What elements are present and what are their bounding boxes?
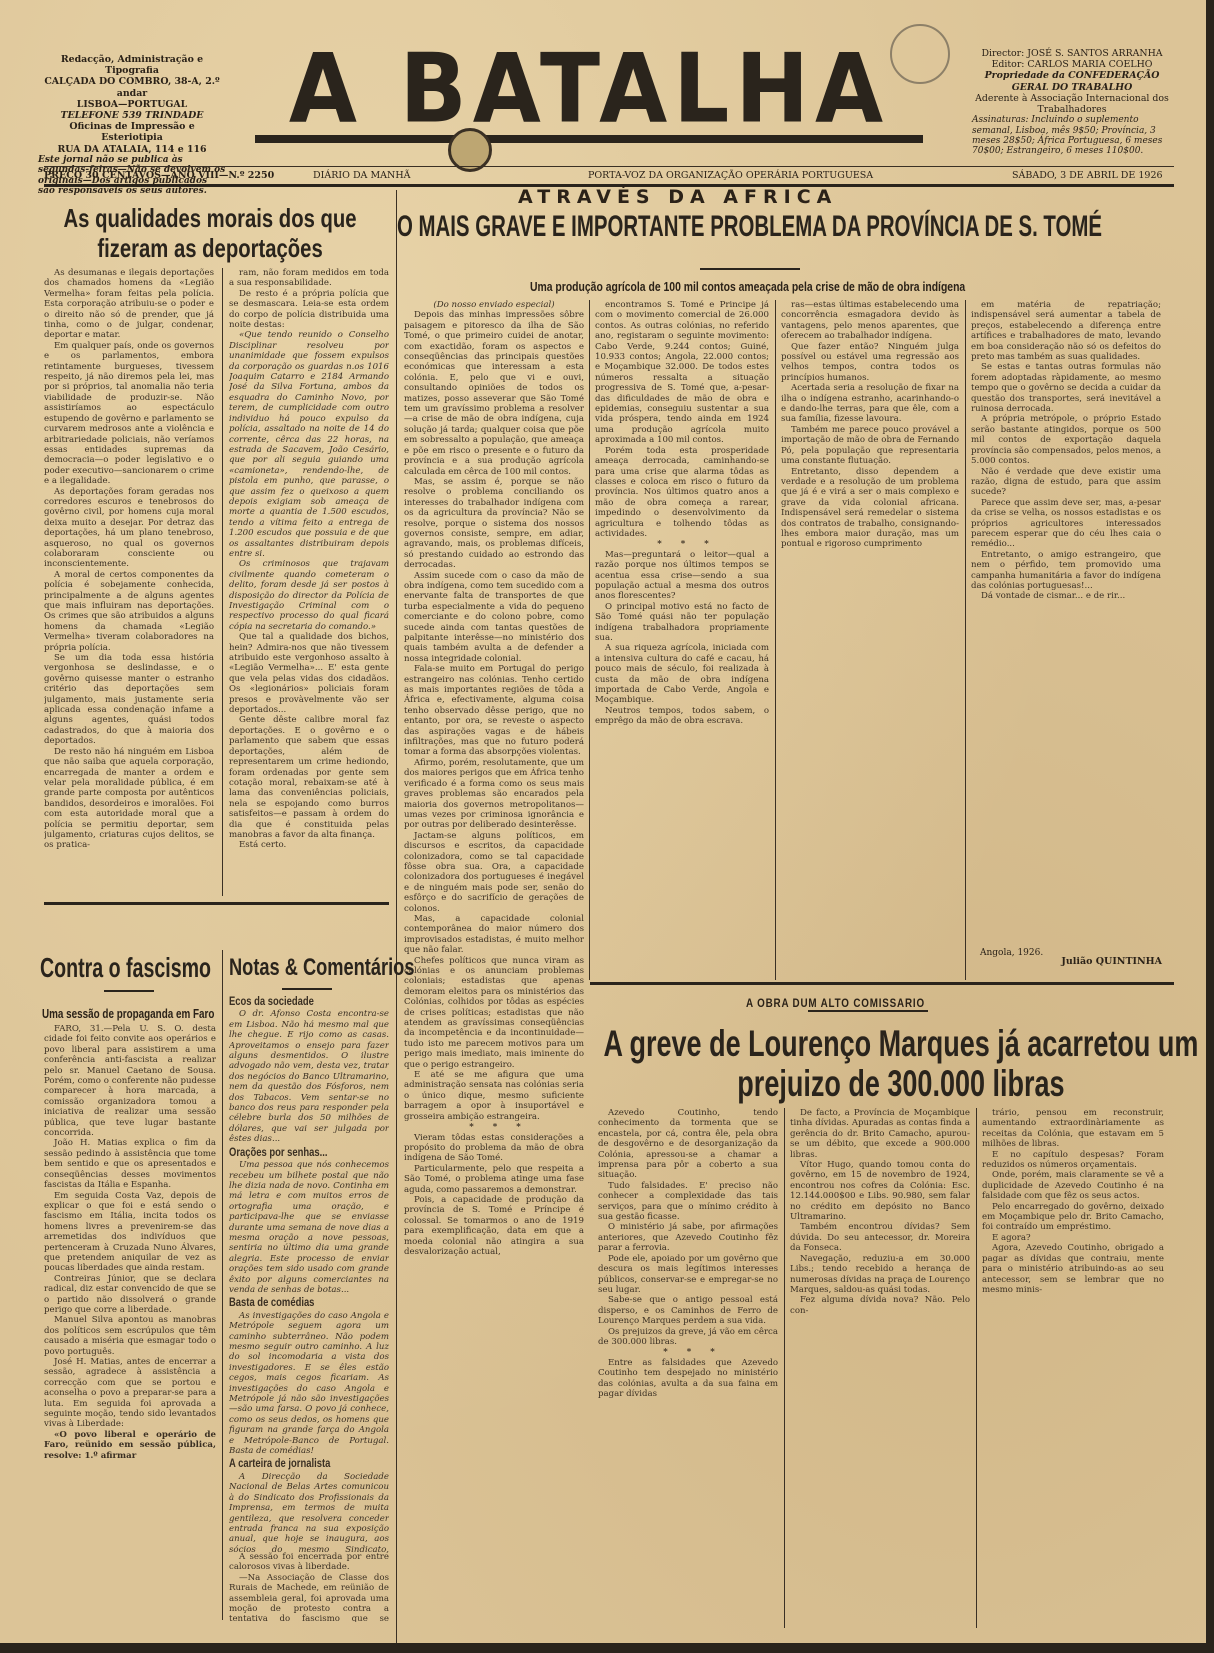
column-divider bbox=[589, 300, 590, 980]
article-sao-tome-col1: (Do nosso enviado especial) Depois das m… bbox=[404, 300, 584, 1640]
paragraph: O dr. Afonso Costa encontra-se em Lisboa… bbox=[229, 1009, 389, 1144]
masthead-rule bbox=[255, 135, 923, 143]
director-line: Director: JOSÉ S. SANTOS ARRANHA bbox=[972, 48, 1172, 59]
column-divider bbox=[976, 1108, 977, 1628]
paragraph: «O povo liberal e operário de Faro, reün… bbox=[44, 1430, 216, 1461]
paragraph: Navegação, reduziu-a em 30.000 Libs.; te… bbox=[790, 1254, 970, 1296]
paragraph: Se um dia toda essa história vergonhosa … bbox=[44, 653, 214, 747]
paragraph: As investigações do caso Angola e Metróp… bbox=[229, 1311, 389, 1457]
headline-deportacoes: As qualidades morais dos que fizeram as … bbox=[40, 203, 380, 263]
paragraph: E no capítulo despesas? Foram reduzidos … bbox=[982, 1150, 1164, 1171]
column-divider bbox=[965, 300, 966, 980]
paragraph: Dá vontade de cismar... e de rir... bbox=[971, 591, 1161, 601]
paragraph: Também me parece pouco provável a import… bbox=[781, 425, 959, 467]
paragraph: A sua riqueza agrícola, iniciada com a i… bbox=[595, 643, 769, 705]
byline: (Do nosso enviado especial) bbox=[404, 300, 584, 310]
article-greve-col2: De facto, a Província de Moçambique tinh… bbox=[790, 1108, 970, 1628]
paragraph: João H. Matias explica o fim da sessão p… bbox=[44, 1138, 216, 1190]
paragraph: Fala-se muito em Portugal do perigo estr… bbox=[404, 664, 584, 758]
article-greve-col3: trário, pensou em reconstruir, aumentand… bbox=[982, 1108, 1164, 1628]
paragraph: Os prejuizos da greve, já vão em cêrca d… bbox=[598, 1327, 778, 1348]
paragraph: FARO, 31.—Pela U. S. O. desta cidade foi… bbox=[44, 1024, 216, 1138]
paragraph: Em qualquer país, onde os governos e os … bbox=[44, 341, 214, 487]
subheadline-faro: Uma sessão de propaganda em Faro bbox=[42, 1006, 214, 1021]
paragraph: Mas—preguntará o leitor—qual a razão por… bbox=[595, 550, 769, 602]
paragraph: Neutros tempos, todos sabem, o emprêgo d… bbox=[595, 706, 769, 727]
column-divider bbox=[222, 950, 223, 1620]
paragraph: em matéria de repatriação; indispensável… bbox=[971, 300, 1161, 362]
paragraph: Também encontrou dívidas? Sem dúvida. Do… bbox=[790, 1222, 970, 1253]
kicker-africa: ATRAVÉS DA AFRICA bbox=[518, 186, 837, 208]
section-break-stars: * * * bbox=[598, 1347, 778, 1357]
price-issue: PREÇO 30 CENTAVOS—ANO VIII—N.º 2250 bbox=[44, 170, 274, 181]
masthead-address-line: Redacção, Administração e Tipografia bbox=[38, 54, 226, 76]
paragraph: trário, pensou em reconstruir, aumentand… bbox=[982, 1108, 1164, 1150]
quoted-police-order: Os criminosos que trajavam civilmente qu… bbox=[229, 559, 389, 632]
section-title: A carteira de jornalista bbox=[229, 1459, 360, 1469]
paragraph: O principal motivo está no facto de São … bbox=[595, 602, 769, 644]
paragraph: A Direcção da Sociedade Nacional de Bela… bbox=[229, 1472, 389, 1554]
paragraph: Assim sucede com o caso da mão de obra i… bbox=[404, 571, 584, 665]
scan-border-bottom bbox=[0, 1643, 1214, 1653]
paragraph: E agora? bbox=[982, 1233, 1164, 1243]
paragraph: Pelo encarregado do govêrno, deixado em … bbox=[982, 1202, 1164, 1233]
paragraph: Uma pessoa que nós conhecemos recebeu um… bbox=[229, 1160, 389, 1295]
paragraph: O ministério já sabe, por afirmações ant… bbox=[598, 1222, 778, 1253]
adherent-line: Aderente à Associação Internacional dos … bbox=[972, 93, 1172, 115]
paragraph: Em seguida Costa Vaz, depois de explicar… bbox=[44, 1191, 216, 1274]
paragraph: Porém toda esta prosperidade ameaça derr… bbox=[595, 446, 769, 540]
paragraph: ras—estas últimas estabelecendo uma conc… bbox=[781, 300, 959, 342]
author-signature: Julião QUINTINHA bbox=[1050, 956, 1162, 967]
headline-rule bbox=[808, 1010, 928, 1012]
paragraph: Entretanto, disso dependem a verdade e a… bbox=[781, 467, 959, 550]
article-deportacoes-col1: As desumanas e ilegais deportações dos c… bbox=[44, 268, 214, 900]
paragraph: —Na Associação de Classe dos Rurais de M… bbox=[229, 1573, 389, 1622]
section-title: Ecos da sociedade bbox=[229, 997, 360, 1007]
masthead-address-line: RUA DA ATALAIA, 114 e 116 bbox=[38, 144, 226, 155]
headline-rule bbox=[700, 268, 800, 270]
headline-fascismo: Contra o fascismo bbox=[40, 952, 211, 984]
paragraph: Se estas e tantas outras formulas não fo… bbox=[971, 362, 1161, 414]
article-deportacoes-col2: ram, não foram medidos em toda a sua res… bbox=[229, 268, 389, 900]
edition-label: DIÁRIO DA MANHÃ bbox=[313, 170, 411, 181]
paragraph: Não é verdade que deve existir uma razão… bbox=[971, 467, 1161, 498]
paragraph: Entre as falsidades que Azevedo Coutinho… bbox=[598, 1358, 778, 1400]
editor-line: Editor: CARLOS MARIA COELHO bbox=[972, 59, 1172, 70]
paragraph: Vieram tôdas estas considerações a propó… bbox=[404, 1133, 584, 1164]
paragraph: Agora, Azevedo Coutinho, obrigado a paga… bbox=[982, 1243, 1164, 1295]
column-divider bbox=[396, 190, 397, 1645]
article-sao-tome-col4: em matéria de repatriação; indispensável… bbox=[971, 300, 1161, 940]
paragraph: Manuel Silva apontou as manobras dos pol… bbox=[44, 1315, 216, 1357]
paragraph: Afirmo, porém, resolutamente, que um dos… bbox=[404, 758, 584, 831]
section-break-stars: * * * bbox=[404, 1122, 584, 1132]
paragraph: Que tal a qualidade dos bichos, hein? Ad… bbox=[229, 632, 389, 715]
paragraph: Pois, a capacidade de produção da provín… bbox=[404, 1195, 584, 1257]
property-line: Propriedade da CONFEDERAÇÃO bbox=[972, 70, 1172, 81]
property-line: GERAL DO TRABALHO bbox=[972, 82, 1172, 93]
masthead-address-line: LISBOA—PORTUGAL bbox=[38, 99, 226, 110]
article-notas-col: Ecos da sociedade O dr. Afonso Costa enc… bbox=[229, 994, 389, 1554]
paragraph: Onde, porém, mais claramente se vê a dup… bbox=[982, 1170, 1164, 1201]
section-title: Basta de comédias bbox=[229, 1298, 360, 1308]
kicker-alto-comissario: A OBRA DUM ALTO COMISSARIO bbox=[746, 996, 925, 1010]
masthead-address-line: CALÇADA DO COMBRO, 38-A, 2.º andar bbox=[38, 76, 226, 98]
paragraph: Vítor Hugo, quando tomou conta do govêrn… bbox=[790, 1160, 970, 1222]
article-sao-tome-col3: ras—estas últimas estabelecendo uma conc… bbox=[781, 300, 959, 980]
issue-date: SÁBADO, 3 DE ABRIL DE 1926 bbox=[1012, 170, 1163, 181]
place-date: Angola, 1926. bbox=[980, 948, 1043, 958]
paragraph: Mas, a capacidade colonial contemporânea… bbox=[404, 914, 584, 956]
headline-sao-tome: O MAIS GRAVE E IMPORTANTE PROBLEMA DA PR… bbox=[397, 210, 1102, 244]
section-rule bbox=[590, 982, 1174, 985]
paragraph: Sabe-se que o antigo pessoal está disper… bbox=[598, 1295, 778, 1326]
masthead-staff-box: Director: JOSÉ S. SANTOS ARRANHA Editor:… bbox=[972, 48, 1172, 157]
column-divider bbox=[222, 268, 223, 896]
paragraph: ram, não foram medidos em toda a sua res… bbox=[229, 268, 389, 289]
masthead-phone: TELEFONE 539 TRINDADE bbox=[38, 110, 226, 121]
paragraph: Parece que assim deve ser, mas, a-pesar … bbox=[971, 498, 1161, 550]
article-fascismo-col1: FARO, 31.—Pela U. S. O. desta cidade foi… bbox=[44, 1024, 216, 1620]
paragraph: A moral de certos componentes da polícia… bbox=[44, 570, 214, 653]
paragraph: De facto, a Província de Moçambique tinh… bbox=[790, 1108, 970, 1160]
paragraph: Mas, se assim é, porque se não resolve o… bbox=[404, 477, 584, 571]
paragraph: De resto é a própria polícia que se desm… bbox=[229, 289, 389, 331]
paragraph: Contreiras Júnior, que se declara radica… bbox=[44, 1274, 216, 1316]
paragraph: Entretanto, o amigo estrangeiro, que nem… bbox=[971, 550, 1161, 592]
headline-greve: A greve de Lourenço Marques já acarretou… bbox=[598, 1024, 1204, 1104]
paragraph: E até se me afigura que uma administraçã… bbox=[404, 1070, 584, 1122]
paragraph: José H. Matias, antes de encerrar a sess… bbox=[44, 1357, 216, 1430]
paragraph: A sessão foi encerrada por entre caloros… bbox=[229, 1552, 389, 1573]
paragraph: As desumanas e ilegais deportações dos c… bbox=[44, 268, 214, 341]
paragraph: Chefes políticos que nunca viram as coló… bbox=[404, 956, 584, 1070]
paragraph: Está certo. bbox=[229, 840, 389, 850]
newspaper-page: Redacção, Administração e Tipografia CAL… bbox=[0, 0, 1206, 1645]
paragraph: Acertada seria a resolução de fixar na i… bbox=[781, 383, 959, 425]
paragraph: As deportações foram geradas nos corredo… bbox=[44, 487, 214, 570]
paragraph: De resto não há ninguém em Lisboa que nã… bbox=[44, 747, 214, 851]
paragraph: Gente dêste calibre moral faz deportaçõe… bbox=[229, 715, 389, 840]
section-rule bbox=[44, 902, 389, 905]
subheadline-sao-tome: Uma produção agrícola de 100 mil contos … bbox=[530, 279, 965, 294]
paragraph: encontramos S. Tomé e Principe já com o … bbox=[595, 300, 769, 446]
paragraph: A própria metrópole, o próprio Estado se… bbox=[971, 414, 1161, 466]
headline-notas: Notas & Comentários bbox=[229, 952, 414, 984]
paragraph: Jactam-se alguns políticos, em discursos… bbox=[404, 831, 584, 914]
paragraph: Depois das minhas impressões sôbre paisa… bbox=[404, 310, 584, 477]
paragraph: Pode ele, apoiado por um govêrno que des… bbox=[598, 1254, 778, 1296]
headline-rule bbox=[282, 988, 332, 990]
quoted-police-order: «Que tendo reunido o Conselho Disciplina… bbox=[229, 330, 389, 559]
paragraph: Que fazer então? Ninguém julga possível … bbox=[781, 342, 959, 384]
article-greve-col1: Azevedo Coutinho, tendo conhecimento da … bbox=[598, 1108, 778, 1628]
paragraph: Particularmente, pelo que respeita a São… bbox=[404, 1164, 584, 1195]
article-fascismo-col2-tail: A sessão foi encerrada por entre caloros… bbox=[229, 1552, 389, 1622]
column-divider bbox=[775, 300, 776, 980]
section-break-stars: * * * bbox=[595, 539, 769, 549]
motto: PORTA-VOZ DA ORGANIZAÇÃO OPERÁRIA PORTUG… bbox=[588, 170, 873, 181]
masthead-address-line: Oficinas de Impressão e Esteriotipia bbox=[38, 121, 226, 143]
paragraph: Tudo falsidades. E' preciso não conhecer… bbox=[598, 1181, 778, 1223]
paragraph: Fez alguma dívida nova? Não. Pelo con- bbox=[790, 1295, 970, 1316]
section-title: Orações por senhas... bbox=[229, 1148, 360, 1158]
headline-rule bbox=[104, 990, 154, 992]
newspaper-title: A BATALHA bbox=[256, 47, 922, 131]
dateline-rule-top bbox=[44, 166, 1174, 167]
paragraph: Azevedo Coutinho, tendo conhecimento da … bbox=[598, 1108, 778, 1181]
article-sao-tome-col2: encontramos S. Tomé e Principe já com o … bbox=[595, 300, 769, 980]
column-divider bbox=[784, 1108, 785, 1628]
subscriptions-line: Assinaturas: Incluindo o suplemento sema… bbox=[972, 115, 1172, 157]
